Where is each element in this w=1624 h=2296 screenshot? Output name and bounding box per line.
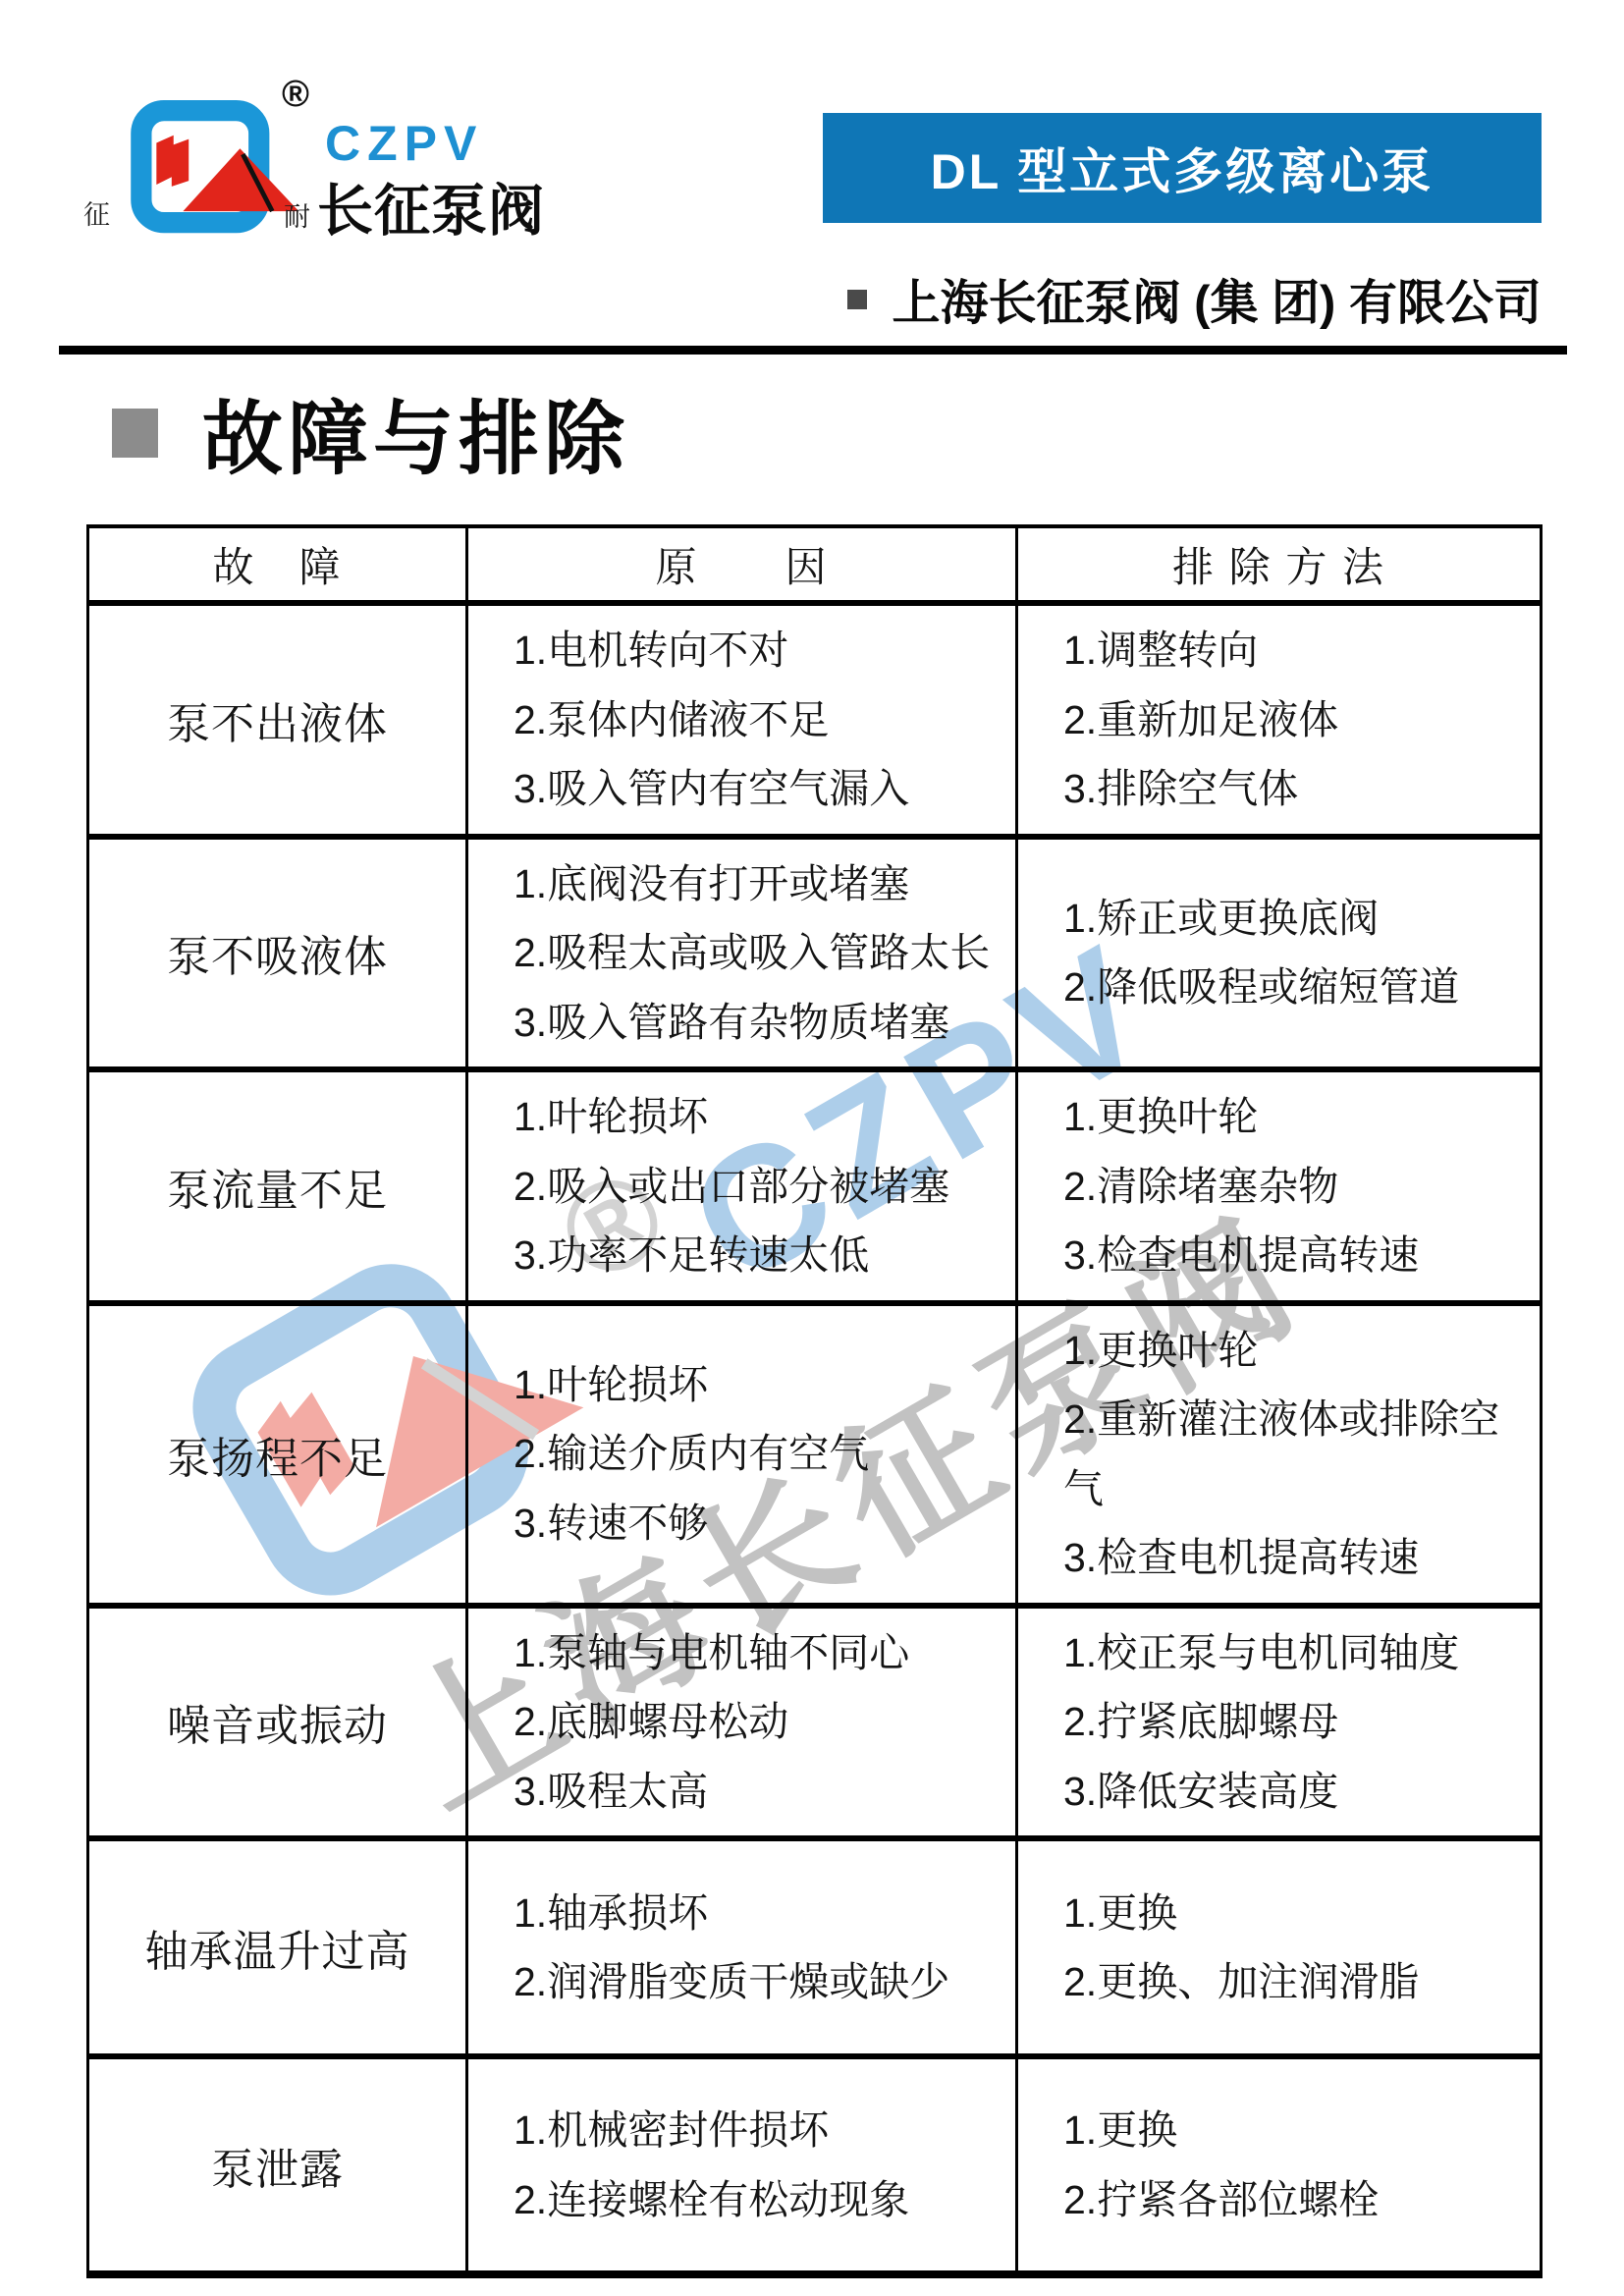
table-row: 泵不出液体 1.电机转向不对 2.泵体内储液不足 3.吸入管内有空气漏入 1.调…: [88, 603, 1542, 837]
cause-cell: 1.轴承损坏 2.润滑脂变质干燥或缺少: [467, 1838, 1017, 2056]
logo-seal-right: 耐: [284, 195, 310, 234]
fault-cell: 泵不吸液体: [88, 837, 467, 1070]
registered-trademark-icon: ®: [282, 74, 309, 116]
table-row: 泵泄露 1.机械密封件损坏 2.连接螺栓有松动现象 1.更换 2.拧紧各部位螺栓: [88, 2056, 1542, 2274]
cause-cell: 1.底阀没有打开或堵塞 2.吸程太高或吸入管路太长 3.吸入管路有杂物质堵塞: [467, 837, 1017, 1070]
cause-cell: 1.叶轮损坏 2.吸入或出口部分被堵塞 3.功率不足转速太低: [467, 1069, 1017, 1303]
table-header-row: 故 障 原 因 排 除 方 法: [88, 526, 1542, 603]
logo-seal-left: 征: [83, 193, 110, 232]
cause-cell: 1.泵轴与电机轴不同心 2.底脚螺母松动 3.吸程太高: [467, 1606, 1017, 1839]
remedy-cell: 1.调整转向 2.重新加足液体 3.排除空气体: [1017, 603, 1542, 837]
brand-name-cn: 长征泵阀: [317, 166, 545, 246]
company-name: 上海长征泵阀 (集 团) 有限公司: [893, 265, 1542, 334]
fault-cell: 噪音或振动: [88, 1606, 467, 1839]
table-row: 轴承温升过高 1.轴承损坏 2.润滑脂变质干燥或缺少 1.更换 2.更换、加注润…: [88, 1838, 1542, 2056]
remedy-cell: 1.更换 2.更换、加注润滑脂: [1017, 1838, 1542, 2056]
cause-cell: 1.机械密封件损坏 2.连接螺栓有松动现象: [467, 2056, 1017, 2274]
fault-cell: 泵流量不足: [88, 1069, 467, 1303]
company-logo: ® CZPV 长征泵阀 征 耐: [83, 74, 545, 246]
company-line: 上海长征泵阀 (集 团) 有限公司: [491, 267, 1542, 332]
column-header-fault: 故 障: [88, 526, 467, 603]
column-header-cause: 原 因: [467, 526, 1017, 603]
header-divider: [59, 346, 1567, 355]
table-row: 噪音或振动 1.泵轴与电机轴不同心 2.底脚螺母松动 3.吸程太高 1.校正泵与…: [88, 1606, 1542, 1839]
table-row: 泵不吸液体 1.底阀没有打开或堵塞 2.吸程太高或吸入管路太长 3.吸入管路有杂…: [88, 837, 1542, 1070]
cause-cell: 1.叶轮损坏 2.输送介质内有空气 3.转速不够: [467, 1303, 1017, 1606]
fault-cell: 轴承温升过高: [88, 1838, 467, 2056]
remedy-cell: 1.更换叶轮 2.重新灌注液体或排除空气 3.检查电机提高转速: [1017, 1303, 1542, 1606]
remedy-cell: 1.矫正或更换底阀 2.降低吸程或缩短管道: [1017, 837, 1542, 1070]
product-model-badge: DL 型立式多级离心泵: [823, 113, 1542, 223]
fault-cell: 泵泄露: [88, 2056, 467, 2274]
table-row: 泵流量不足 1.叶轮损坏 2.吸入或出口部分被堵塞 3.功率不足转速太低 1.更…: [88, 1069, 1542, 1303]
bullet-square-icon: [847, 290, 867, 309]
section-title: 故障与排除: [202, 375, 629, 490]
table-row: 泵扬程不足 1.叶轮损坏 2.输送介质内有空气 3.转速不够 1.更换叶轮 2.…: [88, 1303, 1542, 1606]
column-header-remedy: 排 除 方 法: [1017, 526, 1542, 603]
remedy-cell: 1.更换叶轮 2.清除堵塞杂物 3.检查电机提高转速: [1017, 1069, 1542, 1303]
cause-cell: 1.电机转向不对 2.泵体内储液不足 3.吸入管内有空气漏入: [467, 603, 1017, 837]
section-bullet-icon: [112, 409, 158, 458]
manual-page: ® CZPV 上海长征泵阀 ® CZPV 长征泵阀 征 耐 DL 型立式多级离心…: [0, 0, 1624, 2296]
remedy-cell: 1.校正泵与电机同轴度 2.拧紧底脚螺母 3.降低安装高度: [1017, 1606, 1542, 1839]
troubleshooting-table: 故 障 原 因 排 除 方 法 泵不出液体 1.电机转向不对 2.泵体内储液不足…: [86, 524, 1543, 2278]
fault-cell: 泵扬程不足: [88, 1303, 467, 1606]
remedy-cell: 1.更换 2.拧紧各部位螺栓: [1017, 2056, 1542, 2274]
fault-cell: 泵不出液体: [88, 603, 467, 837]
brand-acronym: CZPV: [325, 115, 483, 172]
